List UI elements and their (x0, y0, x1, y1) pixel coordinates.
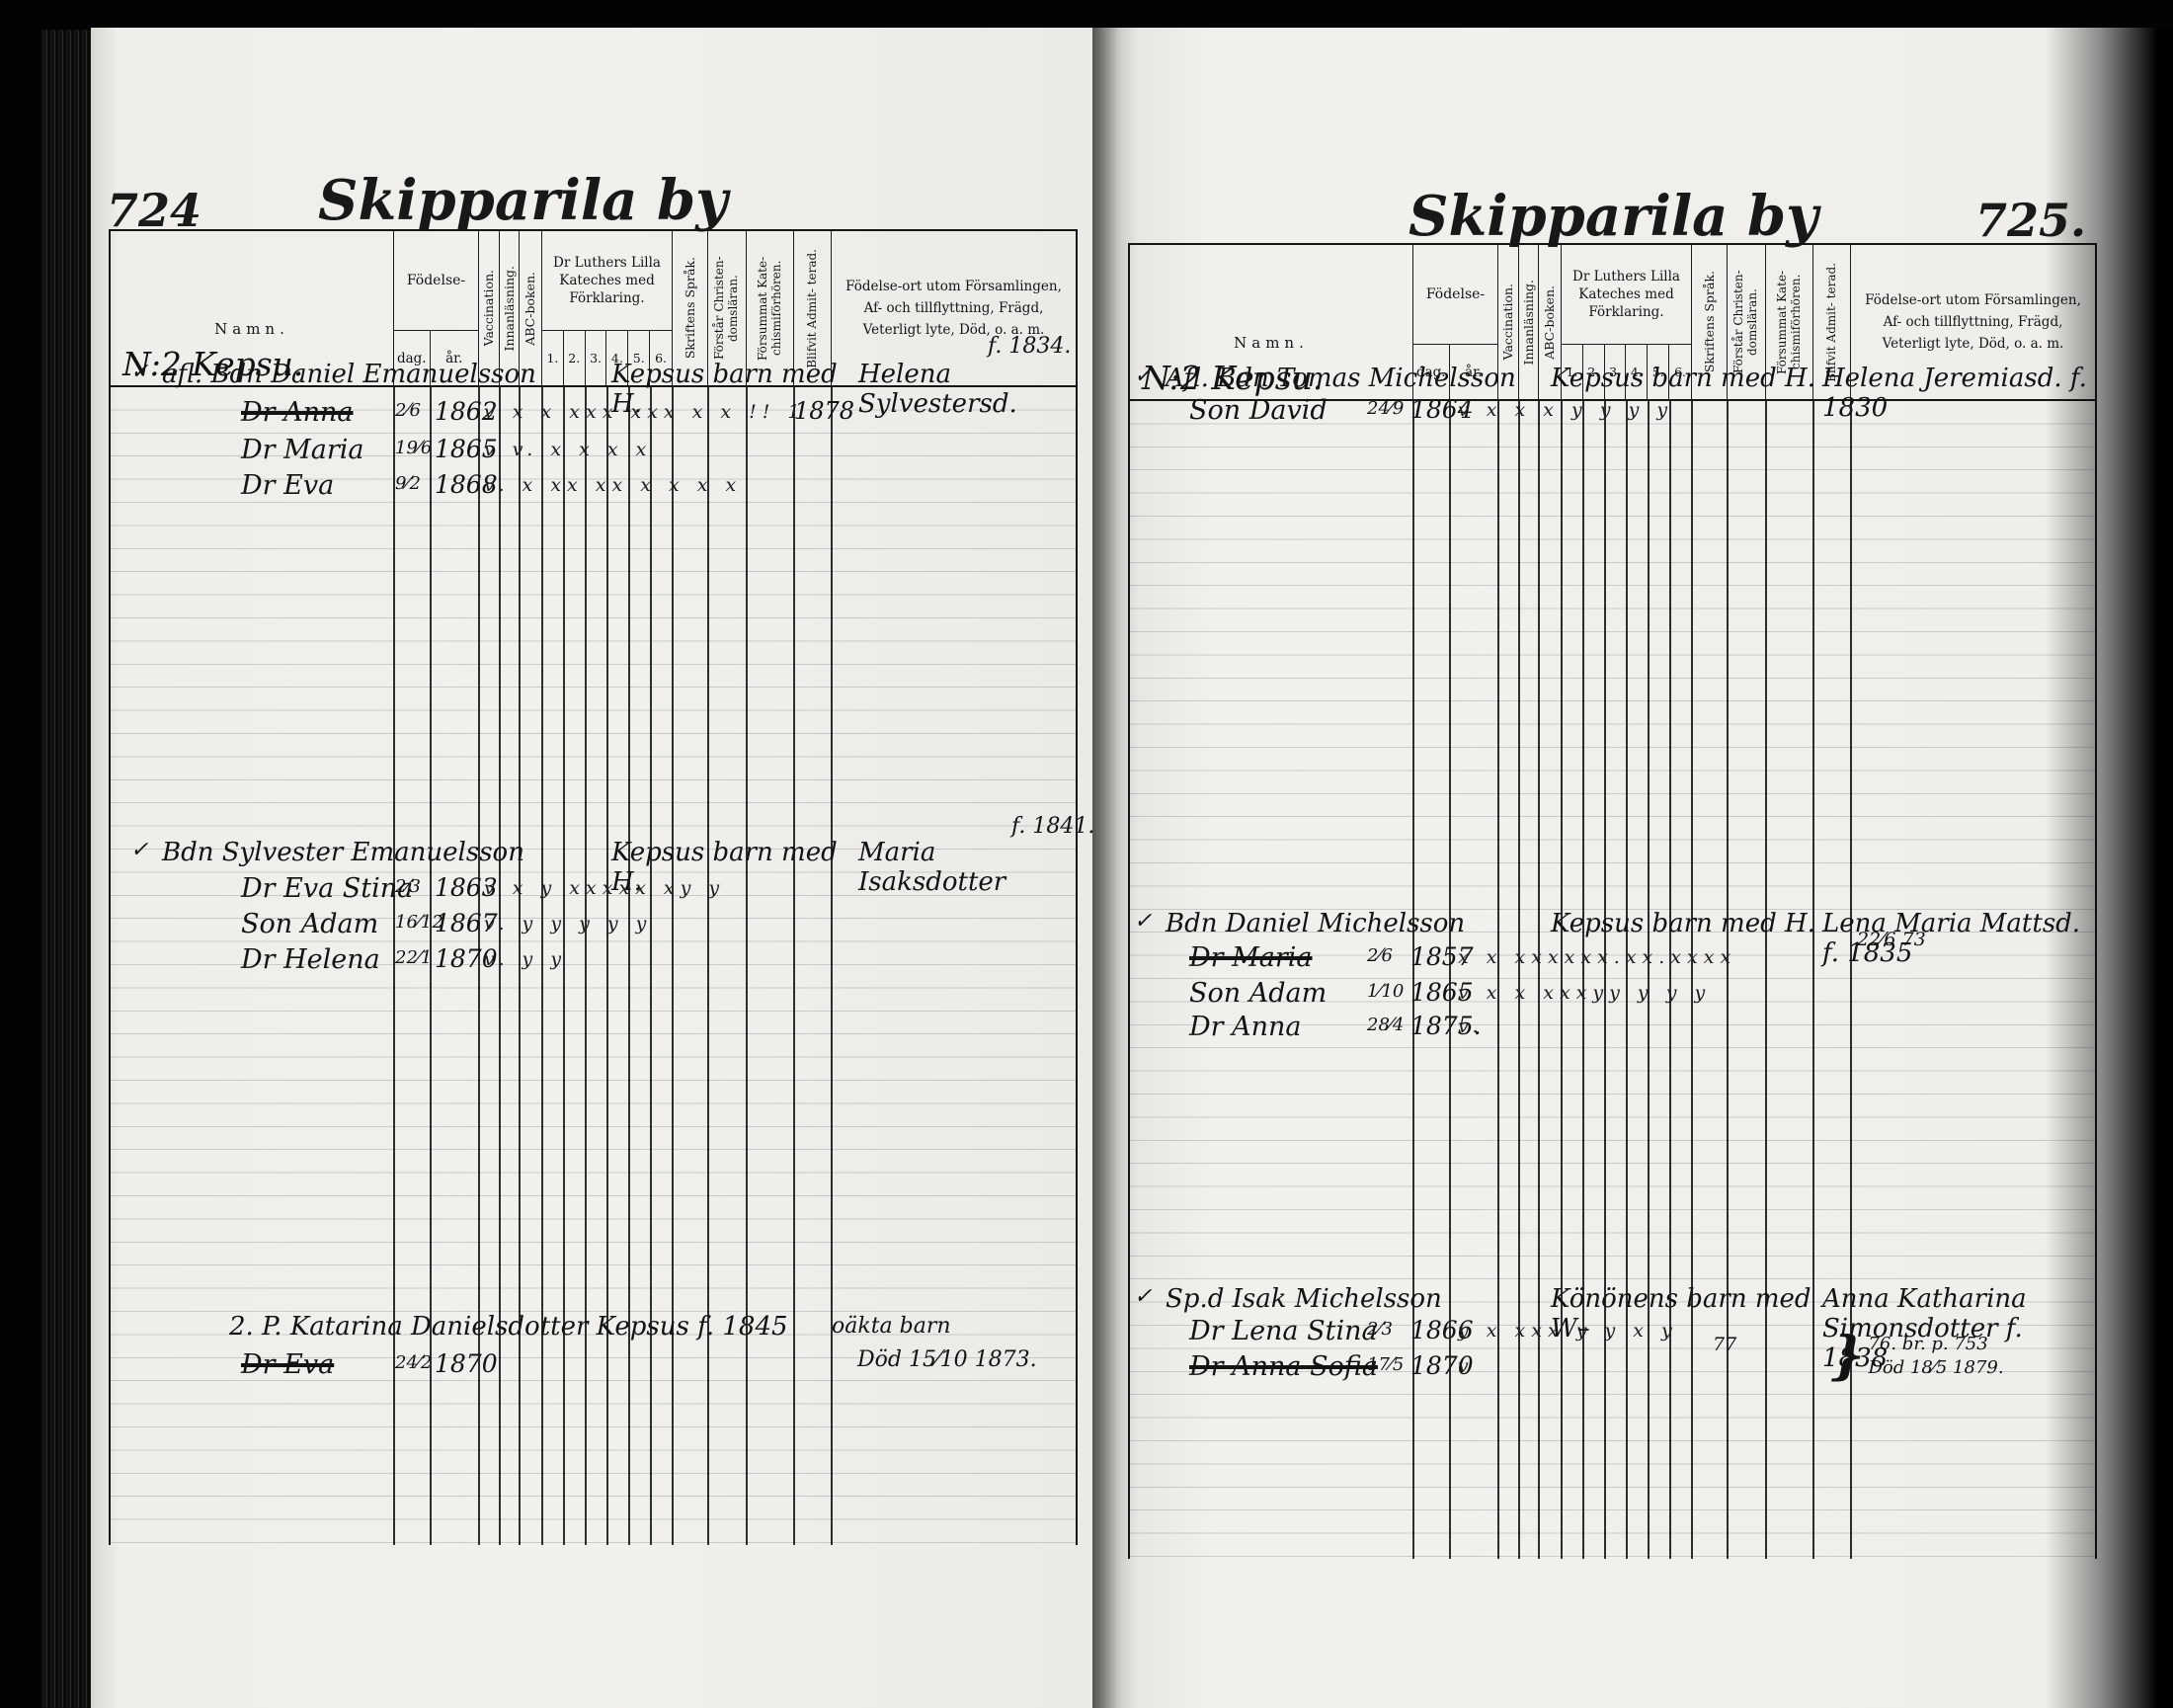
scanned-parish-register: 724 Skipparila by Namn. N:2 Kepsu. Födel… (0, 0, 2173, 1708)
member-birth-day: 28⁄4 (1367, 1015, 1404, 1035)
member-name: Dr Maria (1189, 942, 1313, 973)
member-name: Dr Helena (241, 944, 380, 975)
member-row: Son Adam 1⁄10 1865 v x x xxxyy y y y (1130, 978, 2095, 1014)
member-marks: v v. x x x x (484, 439, 652, 460)
member-birth-year: 1870 (435, 1349, 498, 1378)
member-birth-day: 19⁄6 (395, 438, 432, 458)
member-birth-day: 22⁄1 (395, 947, 432, 968)
left-table: Namn. N:2 Kepsu. Födelse- dag. år. Vacci… (109, 229, 1078, 1545)
member-name: Dr Eva Stina (241, 873, 413, 904)
member-name: Son Adam (1189, 978, 1327, 1009)
member-row: Dr Helena 22⁄1 1870 v. y y (111, 944, 1076, 980)
member-name: Dr Anna (1189, 1012, 1302, 1042)
member-birth-day: 24⁄2 (395, 1352, 432, 1373)
member-marks: v. y y (484, 948, 567, 970)
member-row: Son Adam 16⁄12 1867 v. y y y y y (111, 909, 1076, 944)
right-table: Namn. N:2 Kepsu. Födelse- dag. år. Vacci… (1128, 243, 2097, 1559)
member-row: Dr Maria 2⁄6 1857 x x xxxxxx.xx.xxxx (1130, 942, 2095, 978)
member-marks: v. x xx xx x x x x (484, 474, 742, 496)
family-head: 2. P. Katarina Danielsdotter Kepsus f. 1… (229, 1312, 788, 1342)
left-page: 724 Skipparila by Namn. N:2 Kepsu. Födel… (91, 28, 1092, 1708)
member-marks: x x xxxxxx.xx.xxxx (1458, 946, 1736, 968)
member-marks: v x x x y y y y (1458, 399, 1673, 421)
member-marks: v x y xxxxx xy y (484, 877, 725, 899)
member-name: Dr Eva (241, 1349, 334, 1380)
member-row: Dr Anna Sofia 17⁄5 1870 v (1130, 1351, 2095, 1387)
birth-year-note: f. 1834. (988, 334, 1071, 359)
member-marks: y x xxx y y x y (1458, 1320, 1678, 1342)
member-row: Dr Anna 2⁄6 1862 v x x xxx xxx x x !! 1 … (111, 397, 1076, 433)
birth-year-note: f. 1841. (1011, 814, 1094, 839)
member-marks: v. y y y y y (484, 913, 652, 935)
member-marks: v x x xxxyy y y y (1458, 982, 1711, 1004)
member-birth-day: 2⁄6 (395, 400, 421, 421)
member-birth-day: 2⁄6 (1367, 945, 1393, 966)
member-name: Dr Maria (241, 435, 364, 465)
right-entries: ✓ Afl. Bdn Tomas Michelsson Kepsus barn … (1130, 245, 2095, 1559)
member-name: Dr Anna (241, 397, 354, 428)
member-birth-day: 2⁄3 (395, 876, 421, 897)
member-birth-day: 9⁄2 (395, 473, 421, 494)
member-row: Dr Eva 24⁄2 1870 (111, 1349, 1076, 1385)
member-row: Dr Maria 19⁄6 1865 v v. x x x x (111, 435, 1076, 470)
member-marks: v. (1458, 1016, 1485, 1037)
member-row: Dr Anna 28⁄4 1875. v. (1130, 1012, 2095, 1047)
member-row: Dr Lena Stina 2⁄3 1866 y x xxx y y x y (1130, 1316, 2095, 1351)
member-row: Son David 24⁄9 1864 v x x x y y y y (1130, 395, 2095, 431)
left-entries: ✓ afl. Bdn Daniel Emanuelsson Kepsus bar… (111, 231, 1076, 1545)
member-name: Son Adam (241, 909, 378, 939)
member-admitted-year: 1878 (794, 397, 854, 425)
member-birth-day: 17⁄5 (1367, 1354, 1404, 1375)
member-birth-day: 1⁄10 (1367, 981, 1404, 1002)
member-row: Dr Eva Stina 2⁄3 1863 v x y xxxxx xy y (111, 873, 1076, 909)
member-birth-day: 2⁄3 (1367, 1319, 1393, 1340)
member-marks: v x x xxx xxx x x !! 1 (484, 401, 806, 423)
illegitimate-note: oäkta barn (832, 1314, 951, 1339)
member-name: Son David (1189, 395, 1328, 426)
right-page: Skipparila by 725. Namn. N:2 Kepsu. Föde… (1092, 28, 2173, 1708)
member-name: Dr Eva (241, 470, 334, 501)
member-row: Dr Eva 9⁄2 1868 v. x xx xx x x x x (111, 470, 1076, 506)
right-page-title: Skipparila by (1408, 184, 1818, 249)
member-birth-day: 24⁄9 (1367, 398, 1404, 419)
member-marks: v (1458, 1355, 1475, 1377)
left-page-title: Skipparila by (318, 168, 728, 233)
member-name: Dr Anna Sofia (1189, 1351, 1378, 1382)
member-name: Dr Lena Stina (1189, 1316, 1378, 1346)
